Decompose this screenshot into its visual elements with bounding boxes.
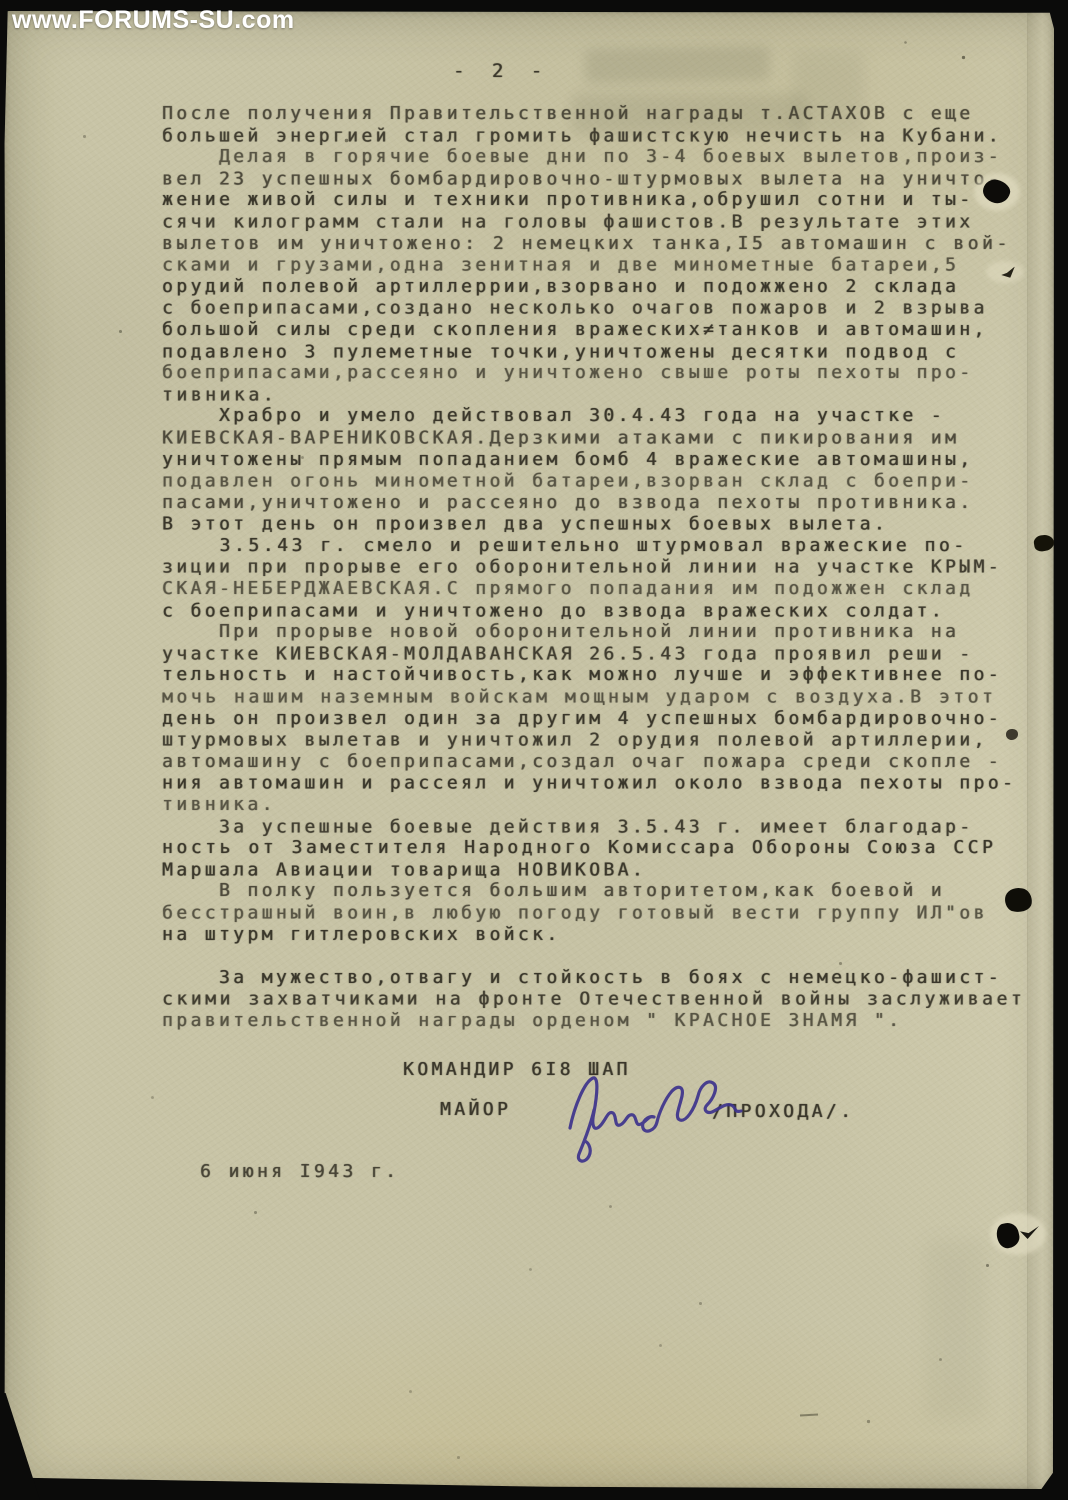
text-line: СКАЯ-НЕБЕРДЖАЕВСКАЯ.С прямого попадания … (162, 578, 1062, 600)
text-line: Маршала Авиации товарища НОВИКОВА. (162, 859, 1062, 881)
text-line: уничтожены прямым попаданием бомб 4 враж… (162, 449, 1062, 471)
forum-watermark: www.FORUMS-SU.com (12, 6, 295, 35)
text-line: день он произвел один за другим 4 успешн… (162, 708, 1062, 730)
text-line: пасами,уничтожено и рассеяно до взвода п… (162, 492, 1062, 514)
text-line: подавлен огонь минометной батареи,взорва… (162, 470, 1062, 492)
text-line: штурмовых вылетав и уничтожил 2 орудия п… (162, 730, 1062, 752)
text-line: тивника. (162, 794, 1062, 816)
text-line: 3.5.43 г. смело и решительно штурмовал в… (162, 535, 1062, 557)
text-line: большей энергией стал громить фашистскую… (162, 125, 1062, 147)
text-line: мочь нашим наземным войскам мощным ударо… (162, 686, 1062, 708)
text-line: После получения Правительственной наград… (162, 103, 1062, 125)
stamp-ghost (585, 46, 771, 83)
text-line: Храбро и умело действовал 30.4.43 года н… (162, 405, 1062, 427)
text-line: В полку пользуется большим авторитетом,к… (162, 880, 1062, 902)
text-line: ния автомашин и рассеял и уничтожил окол… (162, 773, 1062, 795)
text-line: сячи килограмм стали на головы фашистов.… (162, 211, 1062, 233)
text-line: вылетов им уничтожено: 2 немецких танка,… (162, 233, 1062, 255)
date-line: 6 июня I943 г. (200, 1161, 399, 1182)
text-line: на штурм гитлеровских войск. (162, 924, 1062, 946)
text-line: ность от Заместителя Народного Комиссара… (162, 837, 1062, 859)
text-line: с боеприпасами и уничтожено до взвода вр… (162, 600, 1062, 622)
text-line: бесстрашный воин,в любую погоду готовый … (162, 902, 1062, 924)
text-line: жение живой силы и техники противника,об… (162, 189, 1062, 211)
text-line: орудий полевой артиллеррии,взорвано и по… (162, 276, 1062, 298)
paper-tear-halo (986, 261, 1024, 283)
text-line: За успешные боевые действия 3.5.43 г. им… (162, 816, 1062, 838)
text-line: В этот день он произвел два успешных бое… (162, 514, 1062, 536)
text-line: При прорыве новой оборонительной линии п… (162, 621, 1062, 643)
scan-background: { "watermark": "www.FORUMS-SU.com", "pag… (0, 0, 1068, 1500)
bleed-through-text (925, 1240, 985, 1420)
text-line: правительственной награды орденом " КРАС… (162, 1010, 1062, 1032)
text-line: За мужество,отвагу и стойкость в боях с … (162, 967, 1062, 989)
text-line: Делая в горячие боевые дни по 3-4 боевых… (162, 146, 1062, 168)
text-line: зиции при прорыве его оборонительной лин… (162, 557, 1062, 579)
dust-specks (0, 0, 1, 1)
document-body: После получения Правительственной наград… (162, 103, 1062, 1032)
text-line: с боеприпасами,создано несколько очагов … (162, 298, 1062, 320)
text-line: подавлено 3 пулеметные точки,уничтожены … (162, 341, 1062, 363)
text-line: автомашину с боеприпасами,создал очаг по… (162, 751, 1062, 773)
text-line: скими захватчиками на фронте Отечественн… (162, 989, 1062, 1011)
text-line: сками и грузами,одна зенитная и две мино… (162, 255, 1062, 277)
text-line (162, 946, 1062, 968)
text-line: боеприпасами,рассеяно и уничтожено свыше… (162, 362, 1062, 384)
text-line: вел 23 успешных бомбардировочно-штурмовы… (162, 168, 1062, 190)
page-number: - 2 - (453, 60, 550, 82)
text-line: участке КИЕВСКАЯ-МОЛДАВАНСКАЯ 26.5.43 го… (162, 643, 1062, 665)
text-line: тивника. (162, 384, 1062, 406)
text-line: КИЕВСКАЯ-ВАРЕНИКОВСКАЯ.Дерзкими атаками … (162, 427, 1062, 449)
rank-line: МАЙОР (440, 1099, 511, 1120)
text-line: тельность и настойчивость,как можно лучш… (162, 664, 1062, 686)
handwritten-signature (560, 1070, 755, 1165)
text-line: большой силы среди скопления вражеских≠т… (162, 319, 1062, 341)
